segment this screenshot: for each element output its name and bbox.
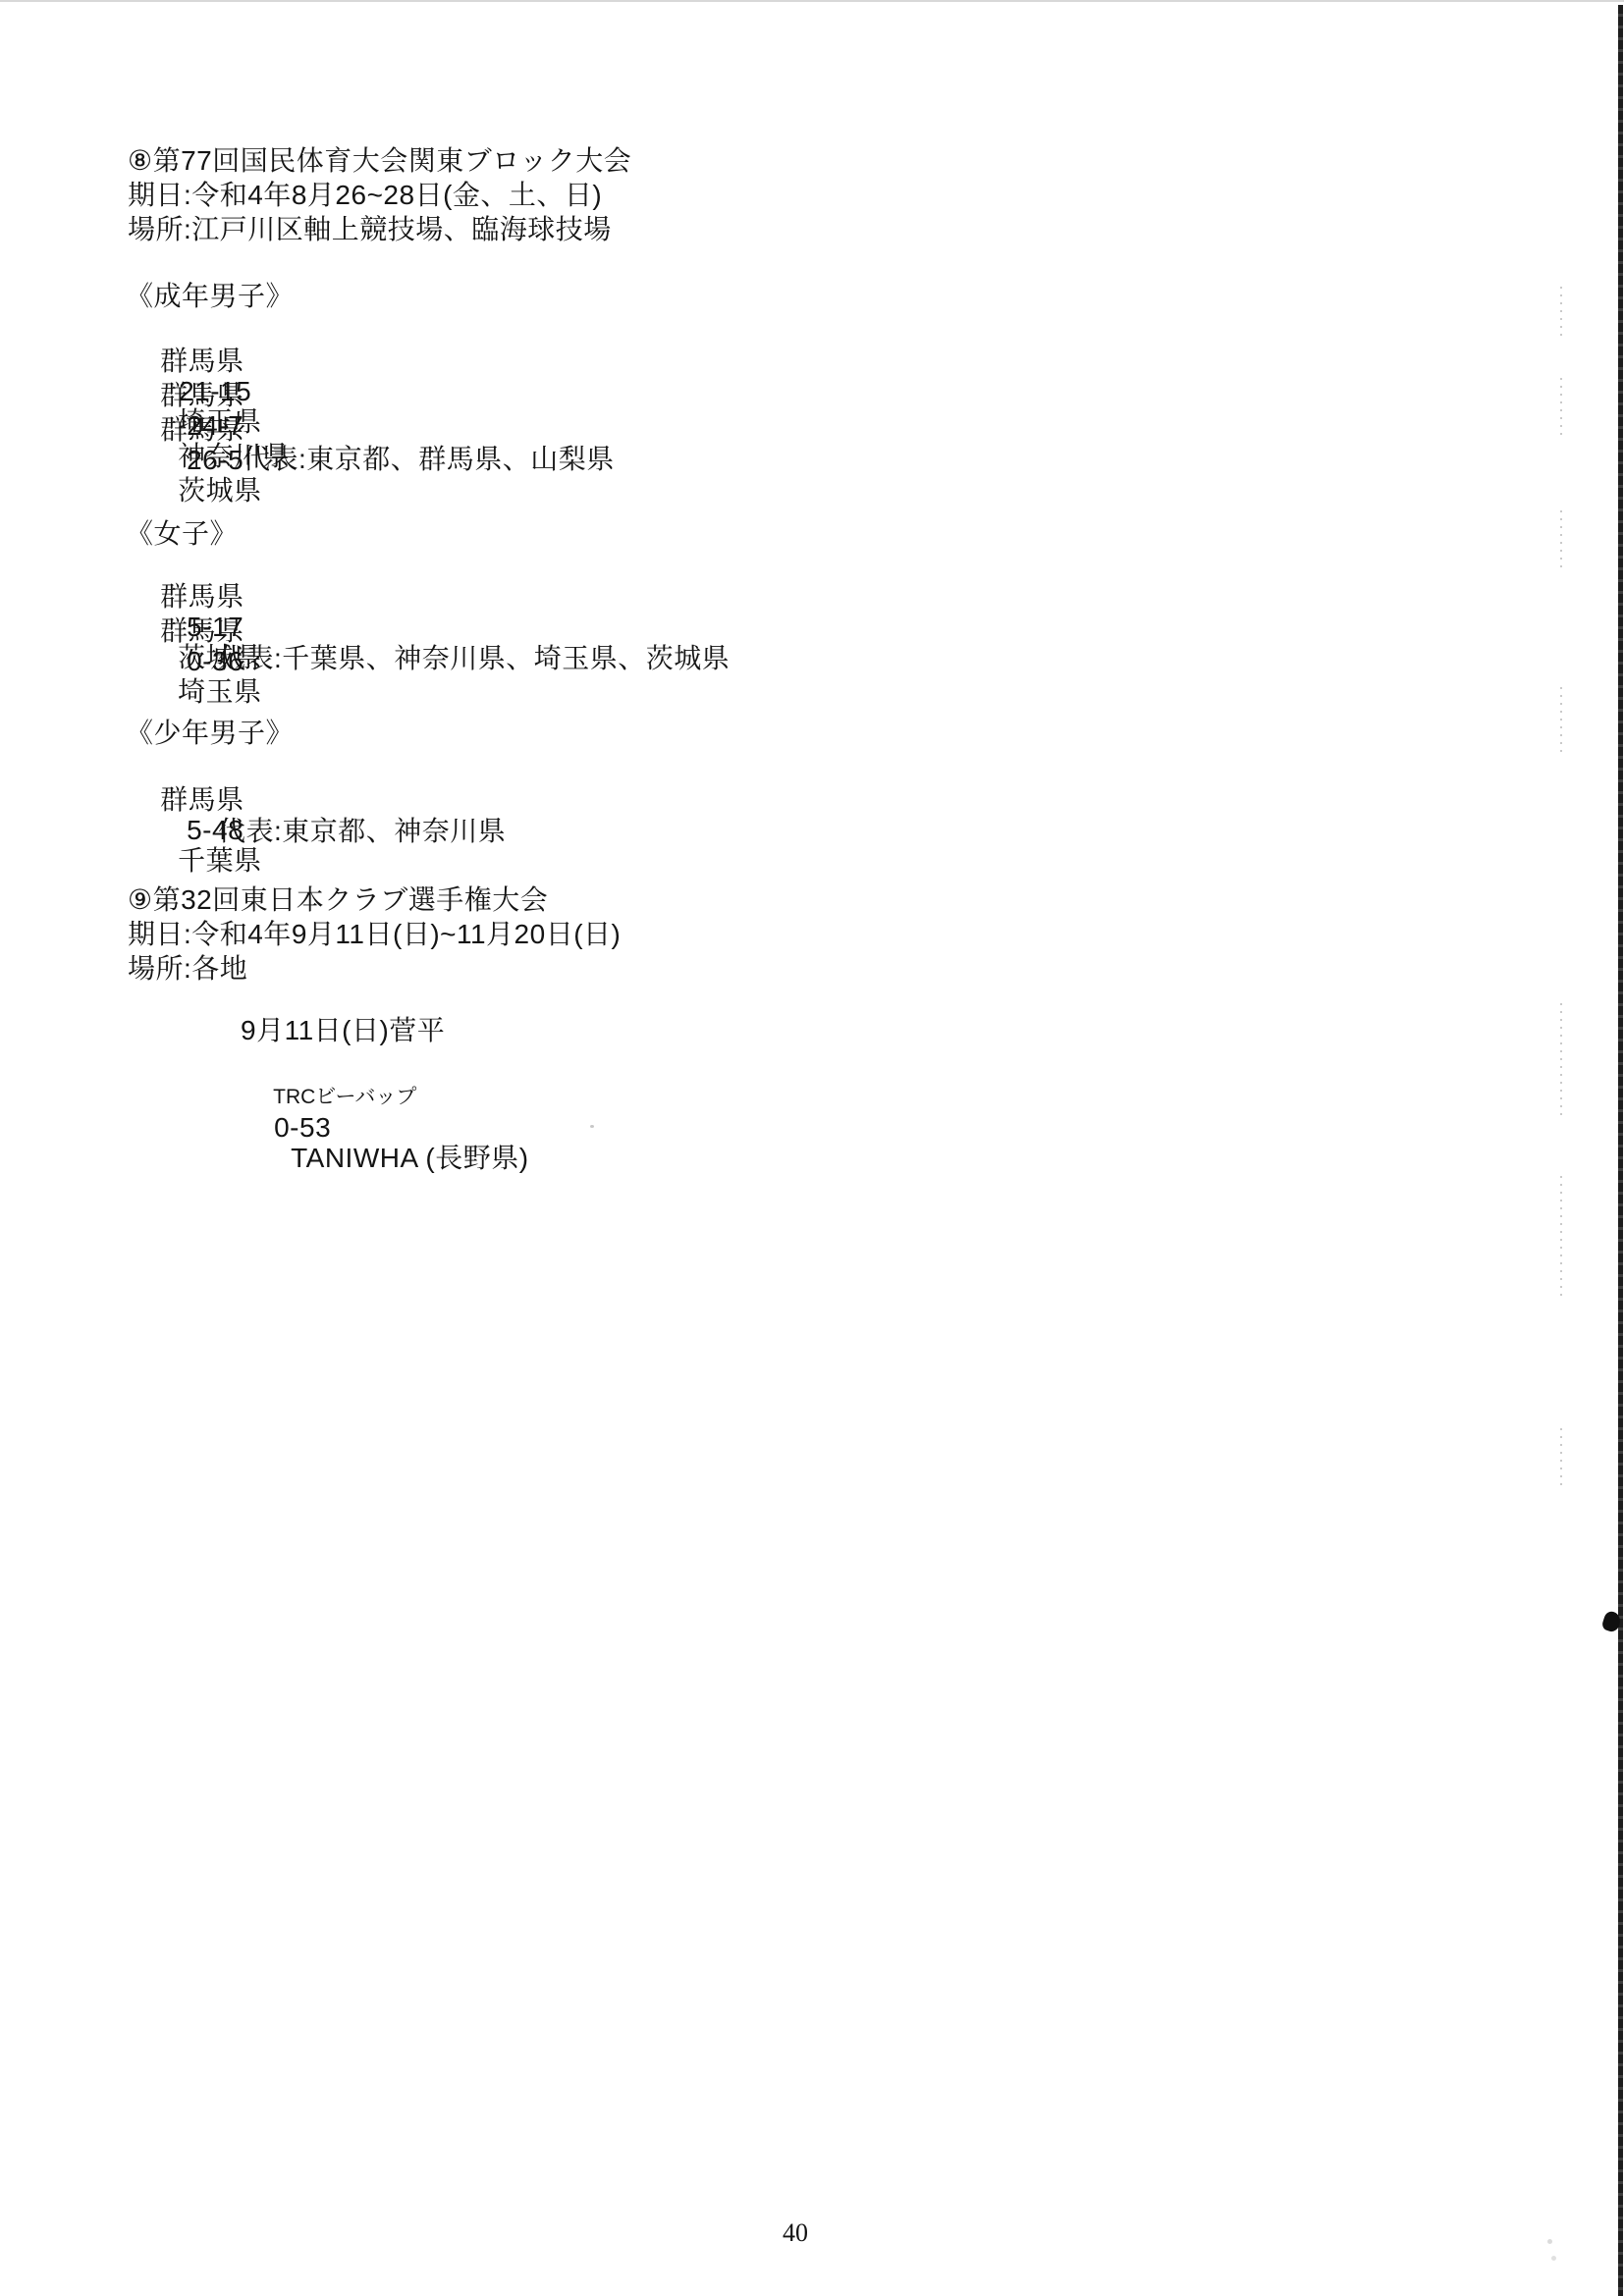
group-heading-junior-men: 《少年男子》: [126, 718, 294, 748]
scan-speck: [1551, 2256, 1556, 2261]
team1-name: 群馬県: [160, 784, 263, 815]
scan-speck: [1547, 2239, 1552, 2244]
scanned-document-page: ⑧第77回国民体育大会関東ブロック大会 期日:令和4年8月26~28日(金、土、…: [0, 0, 1624, 2296]
section9-date-line: 期日:令和4年9月11日(日)~11月20日(日): [128, 919, 621, 949]
team2-name: 茨城県: [178, 475, 262, 506]
representatives-line-women: 代表:千葉県、神奈川県、埼玉県、茨城県: [218, 643, 730, 673]
scan-right-edge-line: [1618, 5, 1623, 2296]
scan-noise-dots: [1560, 378, 1562, 437]
page-number: 40: [751, 2218, 839, 2248]
team2-name: 埼玉県: [178, 676, 262, 707]
section8-place-line: 場所:江戸川区軸上競技場、臨海球技場: [128, 214, 612, 244]
section9-title: ⑨第32回東日本クラブ選手権大会: [128, 884, 548, 915]
scan-noise-dots: [1560, 510, 1562, 569]
scan-noise-dots: [1560, 1176, 1562, 1302]
representatives-line-junior-men: 代表:東京都、神奈川県: [218, 816, 506, 846]
match-score: 0-53: [273, 1112, 332, 1143]
scan-speck: [590, 1125, 594, 1128]
team1-name: 群馬県: [160, 615, 263, 646]
match-row: TRCビーバップ 0-53 TANIWHA (長野県): [241, 1048, 529, 1203]
team2-name: 千葉県: [178, 845, 262, 876]
team1-name: 群馬県: [160, 414, 263, 445]
team1-name: TRCビーバップ: [273, 1082, 398, 1112]
section8-title: ⑧第77回国民体育大会関東ブロック大会: [128, 145, 631, 176]
scan-noise-dots: [1560, 287, 1562, 341]
team2-name: TANIWHA (長野県): [291, 1143, 528, 1173]
section8-date-line: 期日:令和4年8月26~28日(金、土、日): [128, 180, 602, 210]
match-day-line: 9月11日(日)菅平: [241, 1015, 445, 1045]
scan-top-edge-line: [0, 0, 1624, 2]
representatives-line-adult-men: 代表:東京都、群馬県、山梨県: [243, 444, 615, 474]
group-heading-women: 《女子》: [126, 518, 238, 549]
scan-noise-dots: [1560, 687, 1562, 756]
scan-noise-dots: [1560, 1003, 1562, 1119]
group-heading-adult-men: 《成年男子》: [126, 281, 294, 311]
section9-place-line: 場所:各地: [128, 953, 247, 984]
scan-noise-dots: [1560, 1428, 1562, 1487]
